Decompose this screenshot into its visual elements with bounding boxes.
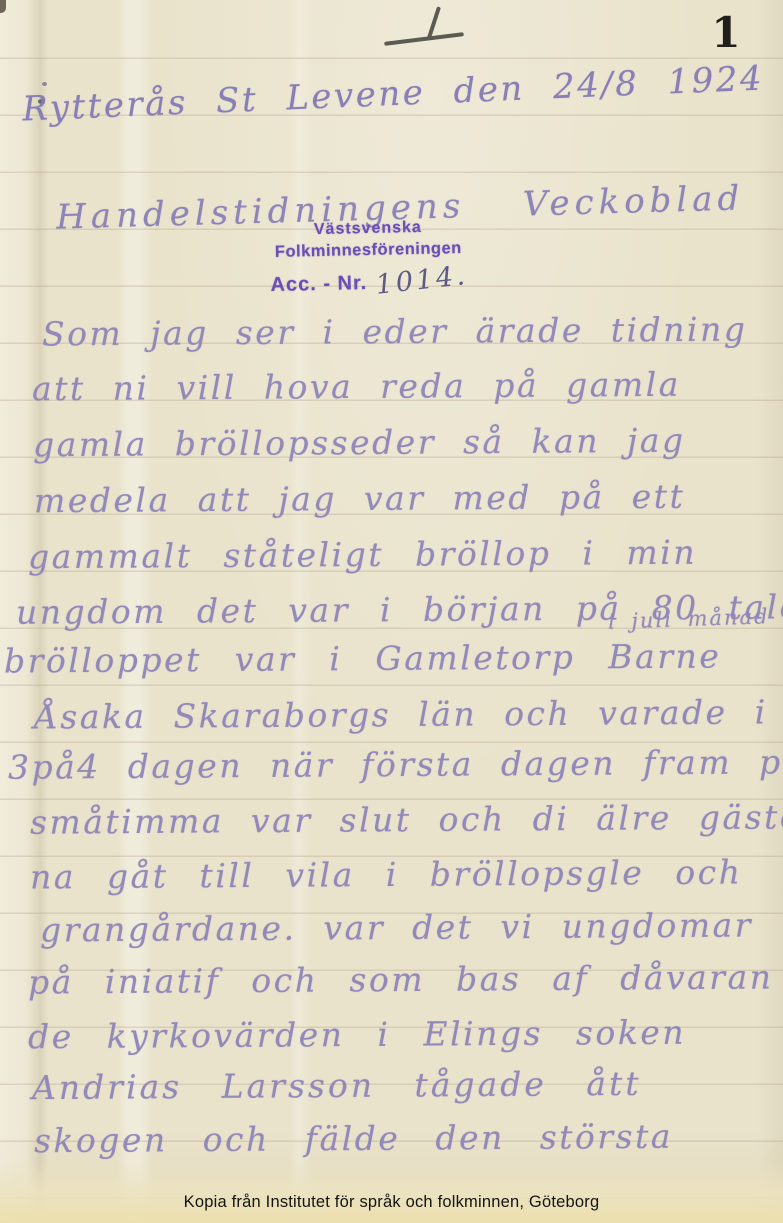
scan-footer-band	[0, 1161, 783, 1223]
handwritten-line: Åsaka Skaraborgs län och varade i	[34, 692, 768, 736]
stamp-accession-line: Acc. - Nr.1014.	[256, 263, 482, 299]
handwritten-line: Andrias Larsson tågade ått	[32, 1064, 642, 1107]
pencil-page-number-mark	[380, 4, 470, 50]
handwritten-line: de kyrkovärden i Elings soken	[28, 1013, 686, 1057]
handwritten-line: medela att jag var med på ett	[34, 477, 686, 521]
handwritten-line: att ni vill hova reda på gamla	[32, 365, 681, 409]
scan-corner-artifact	[0, 0, 6, 13]
letter-scan-page: 1 Rytterås St Levene den 24/8 1924 Hande…	[0, 0, 783, 1223]
stamp-org-line2: Folkminnesföreningen	[256, 239, 481, 263]
printed-page-number: 1	[704, 8, 748, 57]
handwritten-line: på iniatif och som bas af dåvaran	[28, 957, 774, 1001]
archive-stamp: Västsvenska Folkminnesföreningen Acc. - …	[255, 218, 482, 299]
handwritten-line: grangårdane. var det vi ungdomar	[40, 906, 753, 950]
handwritten-line: småtimma var slut och di älre gäster	[30, 797, 783, 842]
archive-copy-caption: Kopia från Institutet för språk och folk…	[0, 1193, 783, 1212]
handwritten-line: gamla bröllopsseder så kan jag	[33, 421, 686, 465]
handwritten-line: 3på4 dagen när första dagen fram på	[8, 742, 783, 787]
handwritten-line: brölloppet var i Gamletorp Barne	[4, 636, 722, 680]
stamp-acc-label: Acc. - Nr.	[270, 272, 367, 296]
stamp-acc-number-handwritten: 1014.	[374, 260, 469, 301]
pencil-underline	[384, 32, 464, 45]
handwritten-line: skogen och fälde den största	[34, 1117, 673, 1160]
handwritten-line: gammalt ståteligt bröllop i min	[28, 533, 697, 577]
handwritten-line: Som jag ser i eder ärade tidning	[42, 310, 748, 354]
ink-speck	[42, 82, 47, 86]
handwritten-line: na gåt till vila i bröllopsgle och	[30, 853, 743, 897]
pencil-numeral-stroke	[427, 6, 441, 38]
stamp-org-line1: Västsvenska	[255, 218, 480, 241]
interline-insertion-handwriting: i juli månad	[608, 604, 770, 634]
dateline-handwriting: Rytterås St Levene den 24/8 1924	[21, 58, 764, 129]
